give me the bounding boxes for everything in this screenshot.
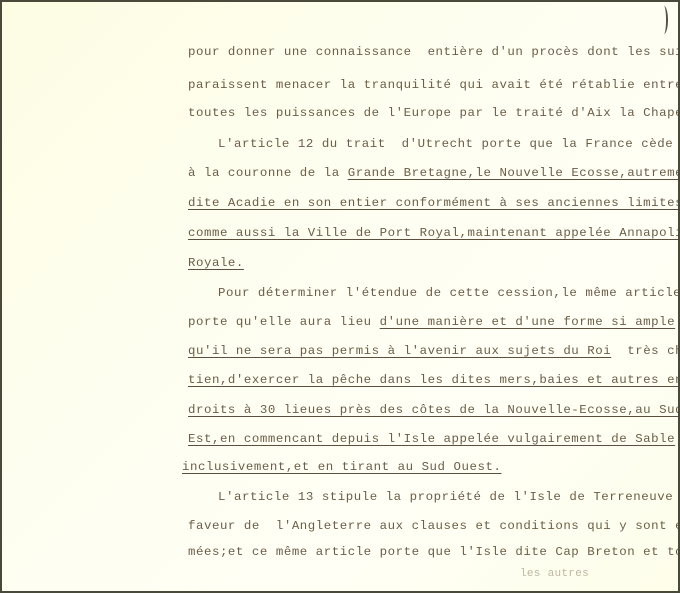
text-line: qu'il ne sera pas permis à l'avenir aux … — [188, 343, 680, 359]
text-segment: très chré- — [611, 344, 680, 358]
text-line: faveur de l'Angleterre aux clauses et co… — [188, 518, 680, 534]
text-line: mées;et ce même article porte que l'Isle… — [188, 544, 680, 560]
underlined-line: Est,en commencant depuis l'Isle appelée … — [188, 431, 675, 447]
underlined-line: tien,d'exercer la pêche dans les dites m… — [188, 372, 680, 388]
underlined-line: dite Acadie en son entier conformément à… — [188, 195, 680, 211]
text-line: porte qu'elle aura lieu d'une manière et… — [188, 314, 675, 330]
paragraph-start-line: L'article 13 stipule la propriété de l'I… — [218, 489, 680, 505]
underlined-line: comme aussi la Ville de Port Royal,maint… — [188, 225, 680, 241]
page-corner-mark — [660, 6, 668, 34]
text-line: pour donner une connaissance entière d'u… — [188, 44, 680, 60]
paragraph-start-line: Pour déterminer l'étendue de cette cessi… — [218, 285, 680, 301]
underlined-line: inclusivement,et en tirant au Sud Ouest. — [182, 459, 501, 475]
underlined-text: d'une manière et d'une forme si ample — [380, 315, 675, 329]
scanned-document-page: pour donner une connaissance entière d'u… — [0, 0, 680, 593]
underlined-text: qu'il ne sera pas permis à l'avenir aux … — [188, 344, 611, 358]
text-line: paraissent menacer la tranquilité qui av… — [188, 77, 680, 93]
catchword: les autres — [520, 566, 589, 582]
text-line: toutes les puissances de l'Europe par le… — [188, 105, 680, 121]
underlined-text: Grande Bretagne,le Nouvelle Ecosse,autre… — [348, 166, 680, 180]
underlined-line: droits à 30 lieues près des côtes de la … — [188, 402, 680, 418]
text-segment: porte qu'elle aura lieu — [188, 315, 380, 329]
underlined-line: Royale. — [188, 255, 244, 271]
paragraph-start-line: L'article 12 du trait d'Utrecht porte qu… — [218, 136, 673, 152]
text-line: à la couronne de la Grande Bretagne,le N… — [188, 165, 680, 181]
text-segment: à la couronne de la — [188, 166, 348, 180]
